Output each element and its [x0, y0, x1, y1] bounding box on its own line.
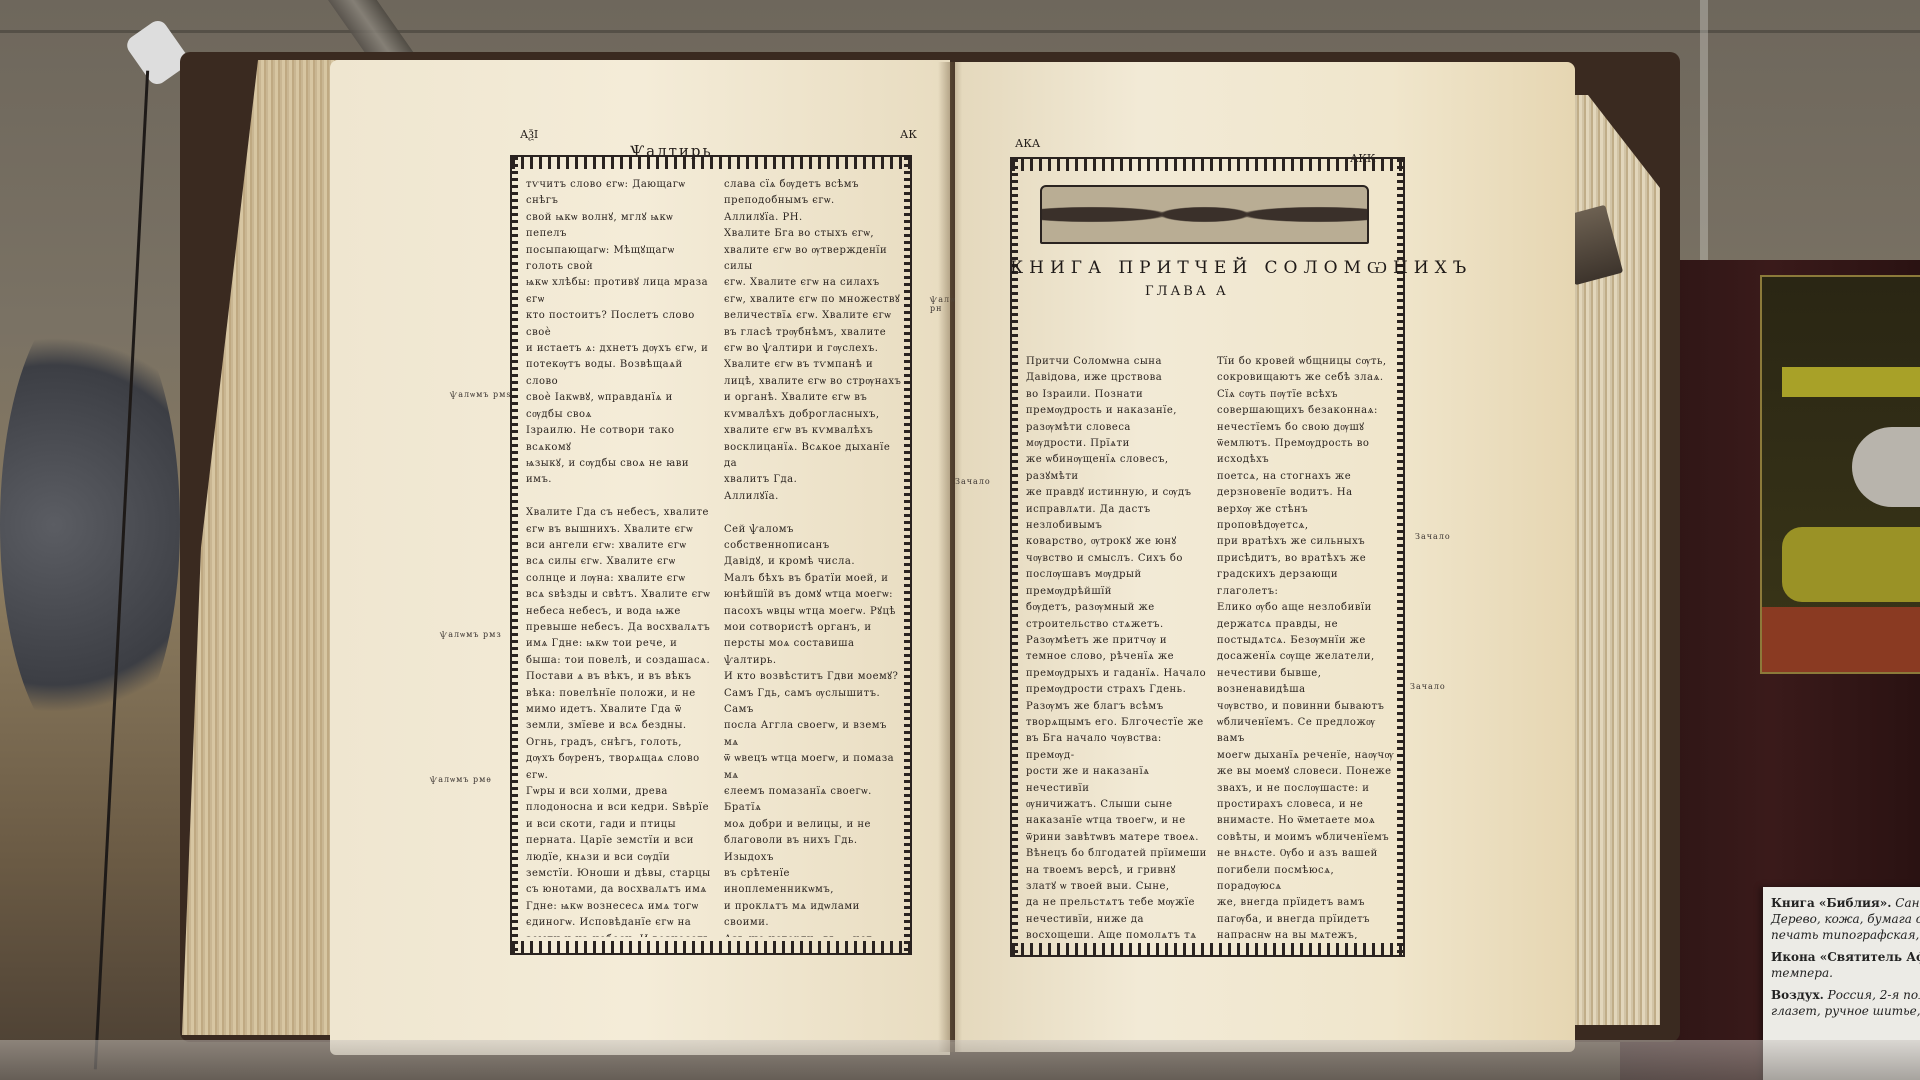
label-entry-bible: Книга «Библия». Санкт Дерево, кожа, бума… — [1771, 895, 1920, 943]
margin-note: ѱалѡмъ рмѳ — [430, 775, 492, 784]
column-2: слава сїѧ бѹдетъ всѣмъ преподобнымъ єгѡ.… — [724, 177, 902, 937]
column-2: Тїи бо кровей ѡбщницы сѹть, сокровищаютъ… — [1217, 354, 1395, 939]
painted-icon — [1760, 275, 1920, 674]
folio-right: АК — [900, 128, 917, 141]
left-page: АѮІ АК Ѱалтирь тѵчитъ слово єгѡ: Дающагѡ… — [330, 60, 950, 1055]
column-1: тѵчитъ слово єгѡ: Дающагѡ снѣгъ свой ѩкѡ… — [526, 177, 711, 937]
margin-note: Зачало — [1410, 682, 1446, 691]
folio-left: АѮІ — [520, 128, 538, 141]
glass-case-bottom-edge — [0, 1040, 1920, 1080]
column-1: Притчи Соломѡна сына Давідова, иже црств… — [1026, 354, 1211, 939]
ornamental-headpiece — [1040, 185, 1369, 244]
glass-reflection-line — [0, 30, 1920, 33]
margin-note: ѱалѡмъ рмѕ — [450, 390, 511, 399]
label-entry-vozdukh: Воздух. Россия, 2-я пол глазет, ручное ш… — [1771, 987, 1920, 1019]
label-entry-icon: Икона «Святитель Аф темпера. — [1771, 949, 1920, 981]
text-frame: тѵчитъ слово єгѡ: Дающагѡ снѣгъ свой ѩкѡ… — [510, 155, 912, 955]
margin-note: Зачало — [1415, 532, 1451, 541]
book-title: КНИГА ПРИТЧЕЙ СОЛОМѠНИХЪ — [1010, 258, 1400, 278]
round-object-left — [0, 290, 180, 760]
folio-left: АКА — [1015, 137, 1040, 150]
chapter-heading: ГЛАВА А — [1145, 284, 1229, 299]
glass-frame-right — [1700, 0, 1708, 280]
book-gutter — [938, 62, 962, 1052]
margin-note: ѱалѡмъ рмз — [440, 630, 502, 639]
